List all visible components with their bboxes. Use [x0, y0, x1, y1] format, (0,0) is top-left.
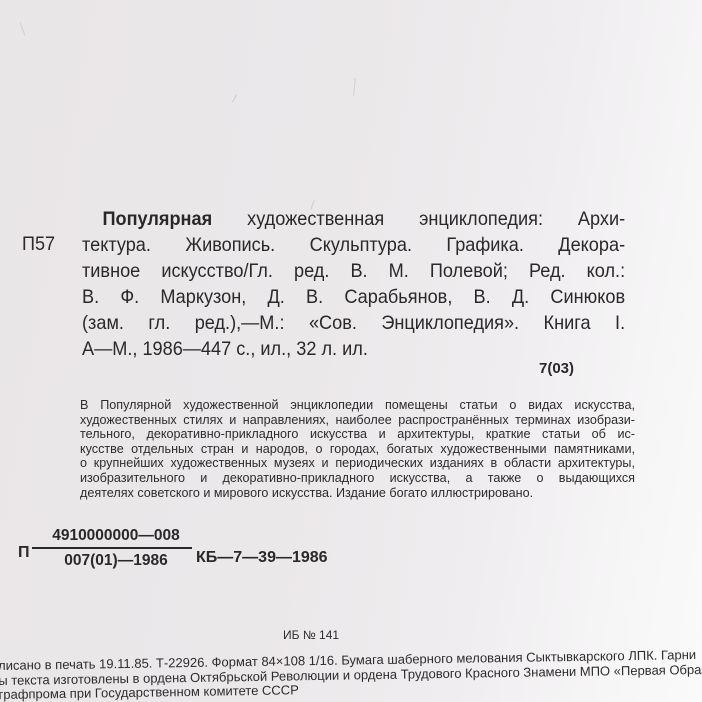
- index-numerator: 4910000000—008: [32, 527, 192, 545]
- index-fraction: 4910000000—008 007(01)—1986: [32, 527, 192, 570]
- paper-fiber: [232, 94, 237, 102]
- bibliographic-record: Популярная художественная энциклопедия: …: [82, 206, 625, 362]
- annotation-line: деятелях советского и мирового искусства…: [80, 486, 635, 501]
- book-page: П57 Популярная художественная энциклопед…: [0, 0, 702, 702]
- biblio-line: (зам. гл. ред.),—М.: «Сов. Энциклопедия»…: [82, 310, 625, 336]
- annotation-line: тельного, декоративно-прикладного искусс…: [80, 427, 635, 442]
- ib-number: ИБ № 141: [283, 628, 339, 642]
- biblio-line-text: художественная энциклопедия: Архи-: [247, 208, 625, 230]
- annotation-line: изобразительного и декоративно-прикладно…: [80, 471, 635, 486]
- imprint: лисано в печать 19.11.85. Т-22926. Форма…: [0, 647, 702, 702]
- index-suffix: КБ—7—39—1986: [196, 549, 328, 567]
- fraction-bar: [32, 547, 192, 549]
- annotation-line: кусстве отдельных стран и народов, о гор…: [80, 442, 635, 457]
- biblio-line: тектура. Живопись. Скульптура. Графика. …: [82, 232, 625, 258]
- biblio-line: Популярная художественная энциклопедия: …: [82, 206, 625, 232]
- index-denominator: 007(01)—1986: [32, 552, 192, 570]
- catalog-code: П57: [22, 234, 55, 256]
- index-prefix: П: [18, 544, 30, 562]
- annotation-line: В Популярной художественной энциклопедии…: [80, 398, 635, 413]
- biblio-line: А—М., 1986—447 с., ил., 32 л. ил.: [82, 336, 625, 362]
- paper-fiber: [353, 78, 356, 96]
- annotation-line: художественных стилях и направлениях, на…: [80, 413, 635, 428]
- annotation-line: о крупнейших художественных музеях и пер…: [80, 456, 635, 471]
- biblio-line: тивное искусство/Гл. ред. В. М. Полевой;…: [82, 258, 625, 284]
- annotation: В Популярной художественной энциклопедии…: [80, 398, 635, 500]
- paper-fiber: [20, 22, 26, 35]
- title-bold: Популярная: [102, 208, 212, 230]
- classification-code: 7(03): [539, 360, 574, 377]
- biblio-line: В. Ф. Маркузон, Д. В. Сарабьянов, В. Д. …: [82, 284, 625, 310]
